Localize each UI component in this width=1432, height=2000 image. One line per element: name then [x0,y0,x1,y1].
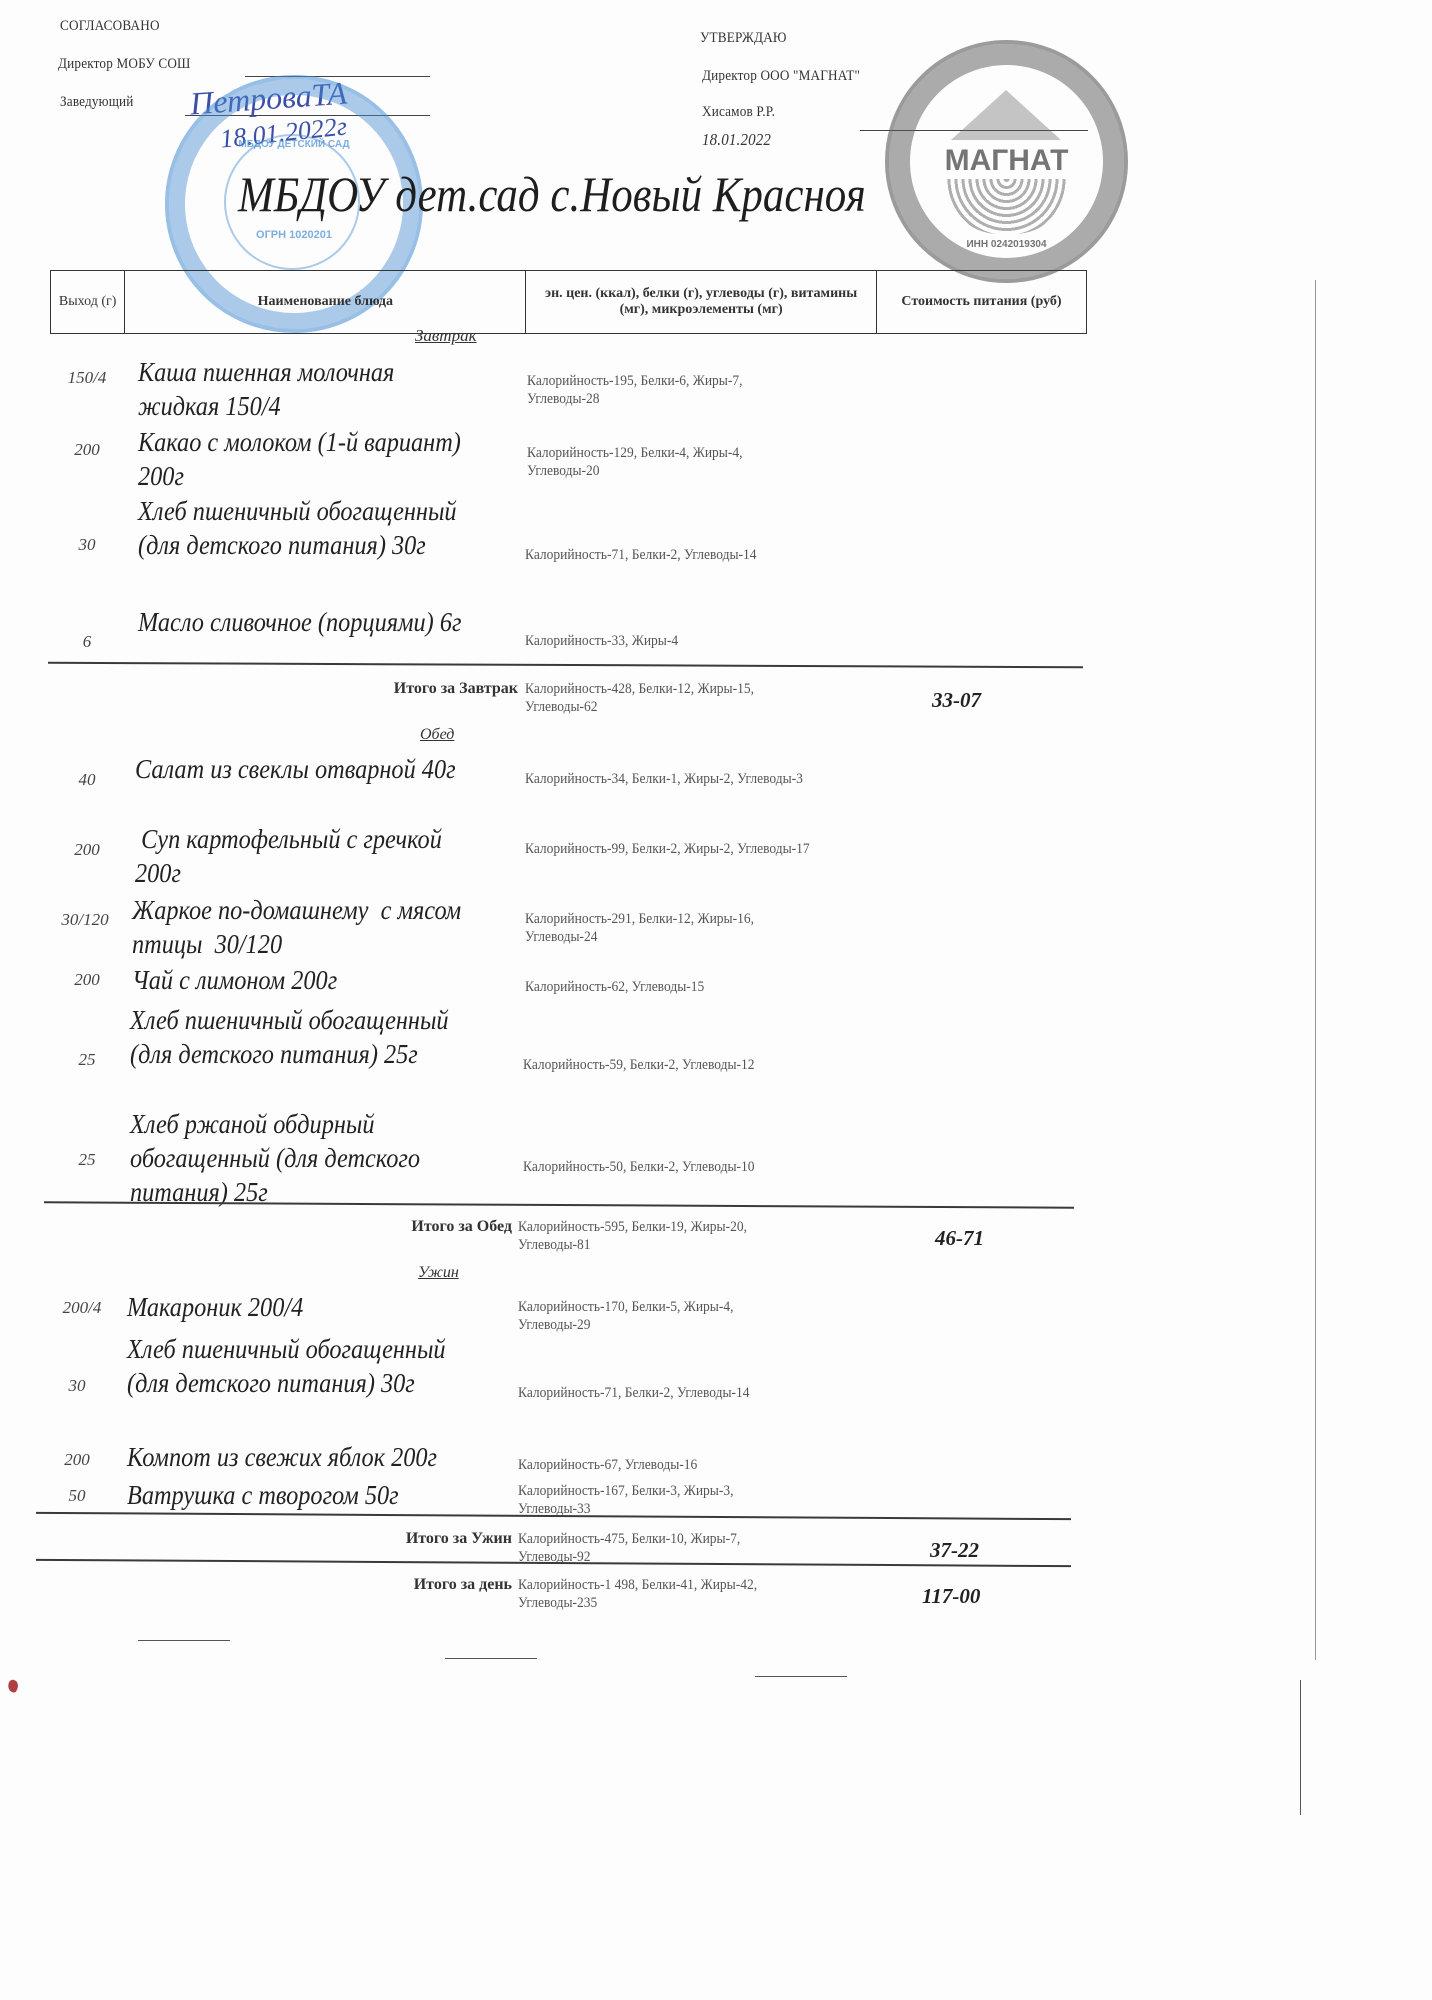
item-dish: Какао с молоком (1-й вариант) 200г [138,425,480,493]
item-nutrition: Калорийность-99, Белки-2, Жиры-2, Углево… [525,840,813,858]
item-dish: Каша пшенная молочная жидкая 150/4 [138,355,480,423]
item-dish: Салат из свеклы отварной 40г [135,752,477,786]
lunch-total-nutrition: Калорийность-595, Белки-19, Жиры-20, Угл… [518,1218,806,1254]
approval-right-line2: Хисамов Р.Р. [702,104,775,121]
item-nutrition: Калорийность-33, Жиры-4 [525,632,813,650]
item-nutrition: Калорийность-71, Белки-2, Углеводы-14 [518,1384,806,1402]
item-dish: Чай с лимоном 200г [132,963,474,997]
ink-mark [6,1679,20,1694]
item-dish: Хлеб пшеничный обогащенный (для детского… [130,1003,472,1071]
item-dish: Компот из свежих яблок 200г [127,1440,505,1474]
item-nutrition: Калорийность-34, Белки-1, Жиры-2, Углево… [525,770,813,788]
mountain-logo-icon [951,90,1061,140]
item-yield: 30/120 [45,910,125,930]
approval-right-heading: УТВЕРЖДАЮ [700,30,787,47]
item-nutrition: Калорийность-67, Углеводы-16 [518,1456,806,1474]
organization-stamp-right: МАГНАТ ИНН 0242019304 [885,40,1128,283]
approval-right-line1: Директор ООО "МАГНАТ" [702,68,860,85]
lunch-total-label: Итого за Обед [212,1218,512,1236]
item-yield: 200 [52,970,122,990]
item-dish: Масло сливочное (порциями) 6г [138,605,480,639]
item-yield: 50 [42,1486,112,1506]
item-dish: Суп картофельный с гречкой 200г [135,822,477,890]
item-nutrition: Калорийность-129, Белки-4, Жиры-4, Углев… [527,444,815,480]
stamp-inn: ИНН 0242019304 [889,239,1124,250]
item-yield: 30 [42,1376,112,1396]
item-nutrition: Калорийность-291, Белки-12, Жиры-16, Угл… [525,910,813,946]
approval-left-heading: СОГЛАСОВАНО [60,18,160,35]
header-yield: Выход (г) [51,271,125,334]
approval-right-date: 18.01.2022 [702,130,771,150]
scan-edge [1300,1680,1301,1815]
signature-line [138,1640,230,1641]
item-yield: 40 [52,770,122,790]
item-nutrition: Калорийность-62, Углеводы-15 [525,978,813,996]
item-nutrition: Калорийность-167, Белки-3, Жиры-3, Углев… [518,1482,806,1518]
dinner-total-cost: 37-22 [930,1538,979,1563]
approval-left-line1: Директор МОБУ СОШ [58,56,191,73]
item-yield: 150/4 [52,368,122,388]
dinner-total-nutrition: Калорийность-475, Белки-10, Жиры-7, Угле… [518,1530,806,1566]
signature-line [445,1658,537,1659]
breakfast-total-nutrition: Калорийность-428, Белки-12, Жиры-15, Угл… [525,680,813,716]
section-breakfast: Завтрак [415,326,477,346]
section-dinner: Ужин [418,1264,459,1282]
divider [48,662,1083,669]
header-nutrition: эн. цен. (ккал), белки (г), углеводы (г)… [526,271,877,334]
stamp-pattern [944,179,1069,234]
approval-left-line2: Заведующий [60,94,134,111]
item-nutrition: Калорийность-50, Белки-2, Углеводы-10 [523,1158,811,1176]
item-yield: 200/4 [42,1298,122,1318]
item-yield: 6 [52,632,122,652]
day-total-cost: 117-00 [922,1584,980,1609]
stamp-brand: МАГНАТ [889,144,1124,178]
day-total-nutrition: Калорийность-1 498, Белки-41, Жиры-42, У… [518,1576,806,1612]
item-nutrition: Калорийность-195, Белки-6, Жиры-7, Углев… [527,372,815,408]
breakfast-total-label: Итого за Завтрак [218,680,518,698]
item-yield: 200 [52,840,122,860]
page-title: МБДОУ дет.сад с.Новый Красноя [238,165,866,223]
day-total-label: Итого за день [212,1576,512,1594]
menu-table-header: Выход (г) Наименование блюда эн. цен. (к… [50,270,1087,334]
item-nutrition: Калорийность-71, Белки-2, Углеводы-14 [525,546,813,564]
item-yield: 25 [52,1050,122,1070]
signature-line [755,1676,847,1677]
item-yield: 30 [52,535,122,555]
item-nutrition: Калорийность-59, Белки-2, Углеводы-12 [523,1056,811,1074]
breakfast-total-cost: 33-07 [932,688,981,713]
lunch-total-cost: 46-71 [935,1226,984,1251]
item-dish: Ватрушка с творогом 50г [127,1478,469,1512]
item-dish: Хлеб ржаной обдирный обогащенный (для де… [130,1107,472,1209]
item-nutrition: Калорийность-170, Белки-5, Жиры-4, Углев… [518,1298,806,1334]
item-dish: Хлеб пшеничный обогащенный (для детского… [127,1332,469,1400]
scan-edge [1315,280,1316,1660]
header-dish-name: Наименование блюда [125,271,526,334]
stamp-ogrn: ОГРН 1020201 [169,229,419,241]
item-dish: Макароник 200/4 [127,1290,469,1324]
item-yield: 200 [42,1450,112,1470]
item-yield: 25 [52,1150,122,1170]
header-cost: Стоимость питания (руб) [876,271,1086,334]
item-dish: Жаркое по-домашнему с мясом птицы 30/120 [132,893,474,961]
section-lunch: Обед [420,726,454,744]
signature-line [860,130,1088,131]
item-dish: Хлеб пшеничный обогащенный (для детского… [138,494,480,562]
item-yield: 200 [52,440,122,460]
dinner-total-label: Итого за Ужин [212,1530,512,1548]
